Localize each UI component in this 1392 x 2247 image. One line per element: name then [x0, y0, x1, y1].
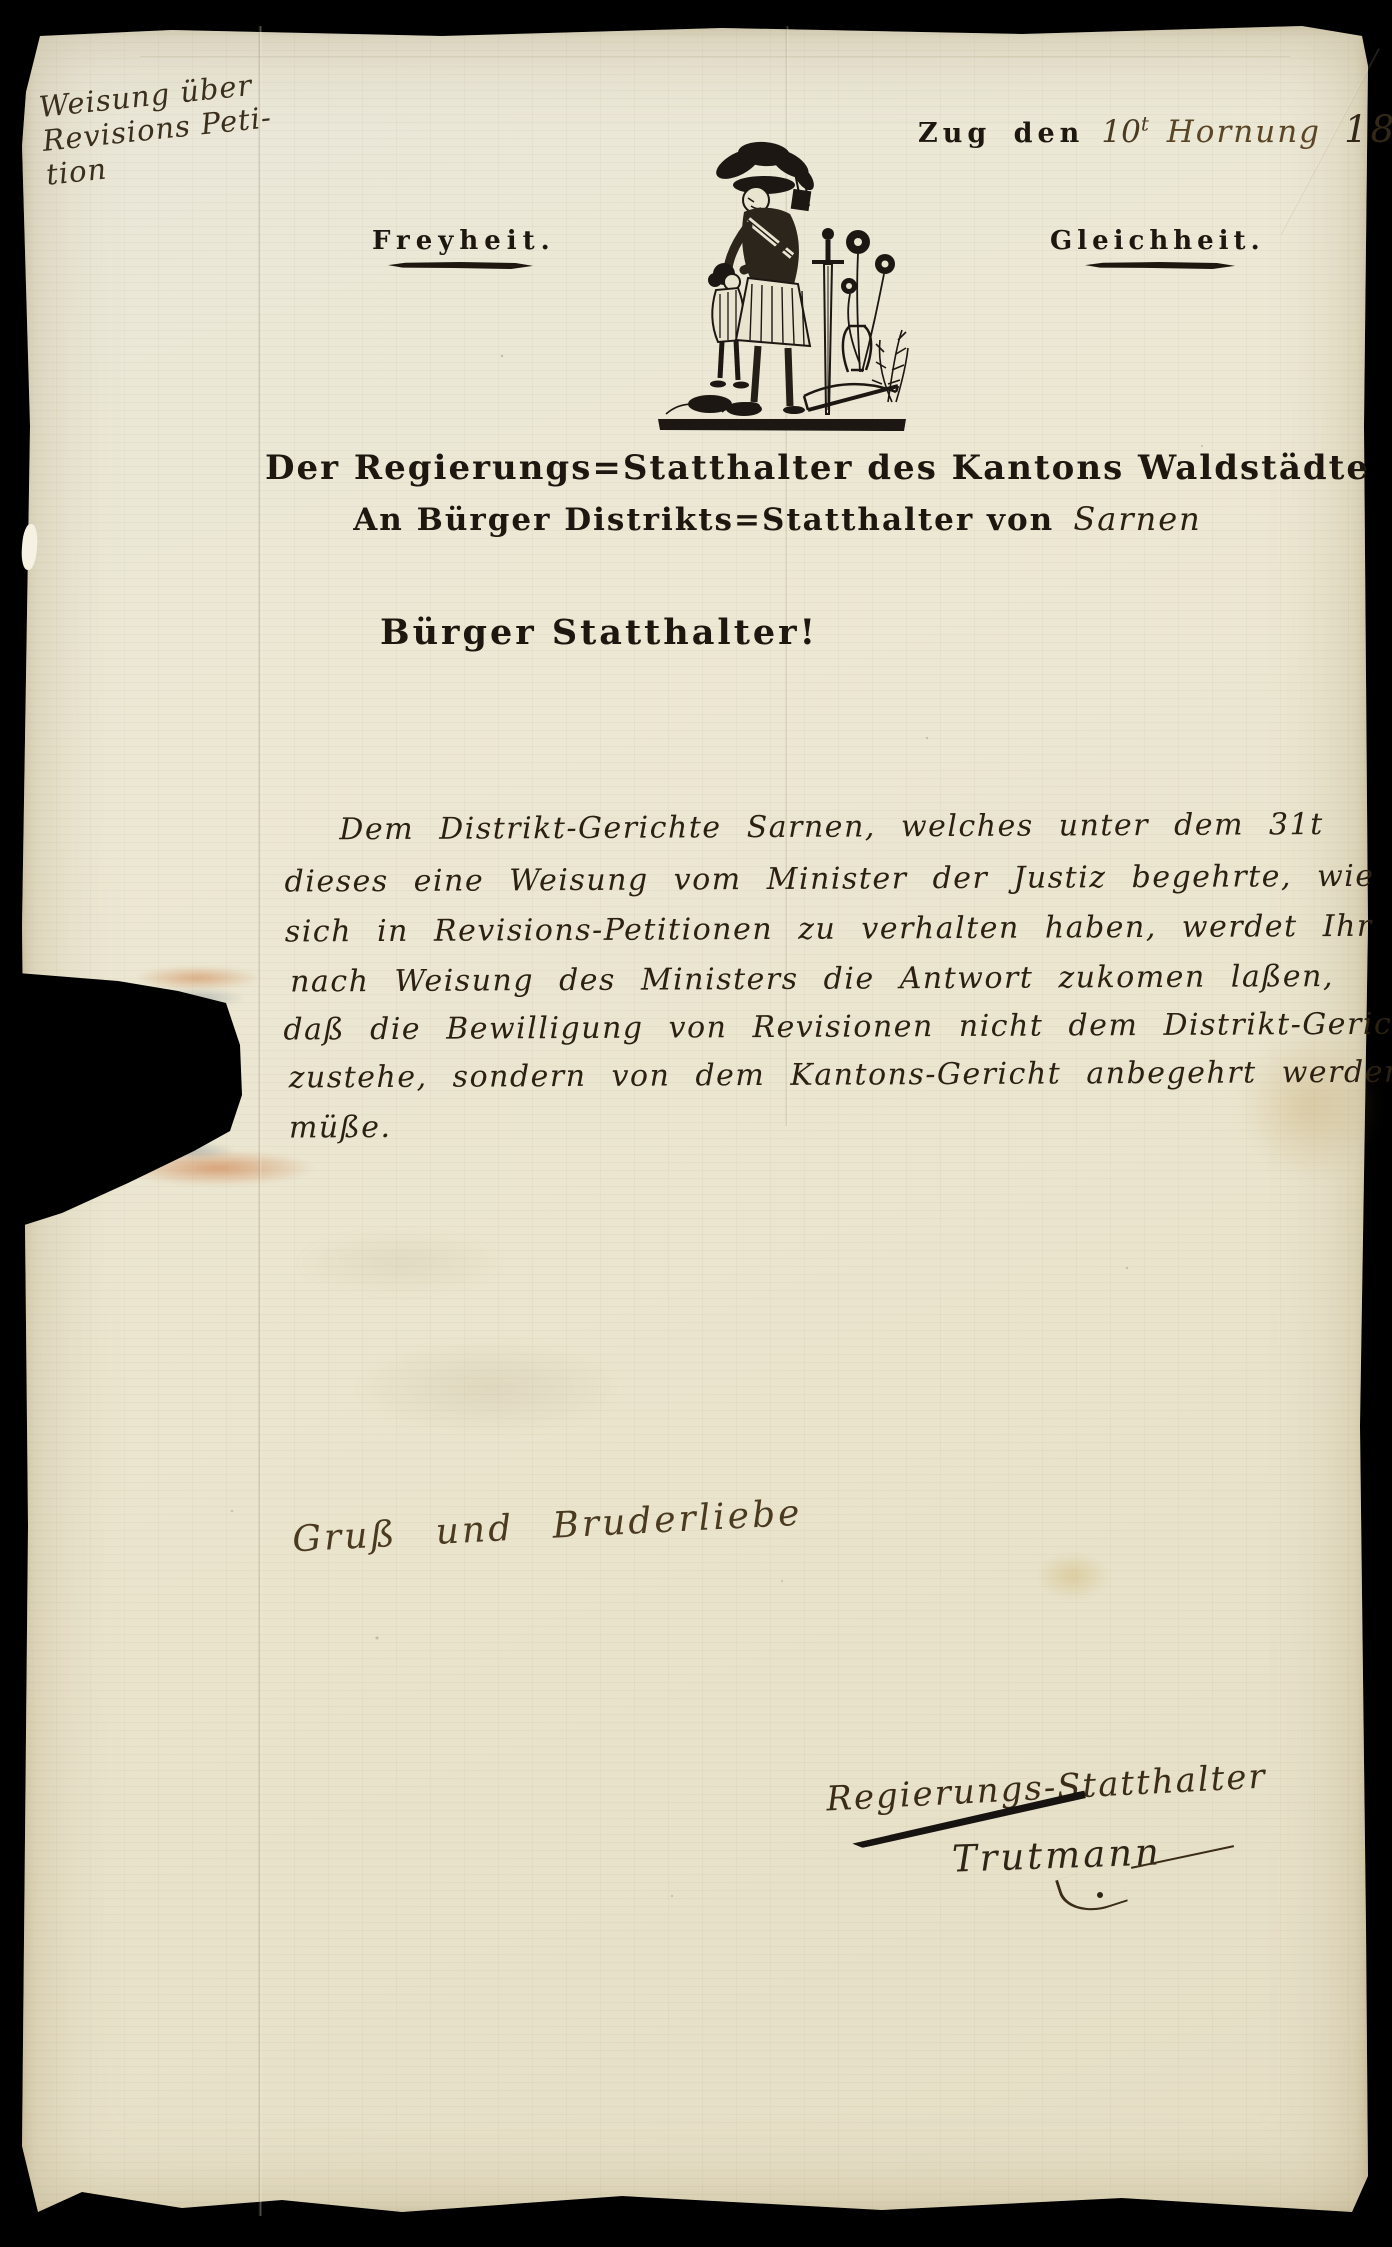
scan-background: { "letter": { "archival_note_lines": ["W… [0, 0, 1392, 2247]
bleedthrough-ghost [295, 1230, 505, 1295]
heading-line2-handwritten: Sarnen [1073, 500, 1201, 538]
bleedthrough-ghost [355, 1340, 625, 1435]
body-line: daß die Bewilligung von Revisionen nicht… [283, 1007, 1392, 1048]
signature-name: Trutmann [951, 1830, 1162, 1880]
signature-ink-dot [1097, 1892, 1103, 1898]
body-line: dieses eine Weisung vom Minister der Jus… [285, 858, 1392, 899]
tell-emblem-woodcut [652, 134, 912, 440]
body-line: müße. [289, 1110, 392, 1146]
dateline-day-handwritten: 10t [1101, 114, 1158, 150]
dateline-year-handwritten: 1800 [1344, 108, 1392, 151]
heading-line2: An Bürger Distrikts=Statthalter von Sarn… [265, 500, 1290, 538]
motto-gleichheit: Gleichheit. [1050, 226, 1265, 256]
heading-line1: Der Regierungs=Statthalter des Kantons W… [265, 448, 1290, 488]
paper-stain [1240, 1030, 1380, 1180]
fold-crease-vertical [258, 26, 262, 2216]
body-line: zustehe, sondern von dem Kantons-Gericht… [289, 1055, 1392, 1096]
emblem-ground-bar [658, 419, 906, 431]
emblem-crossbow [804, 384, 898, 410]
paper-stain [1035, 1552, 1110, 1600]
emblem-tell-skirt [736, 278, 810, 346]
dateline-place-printed: Zug den [918, 118, 1084, 149]
fold-crease-horizontal [140, 56, 1290, 59]
wax-stain [135, 966, 260, 990]
salutation: Bürger Statthalter! [380, 612, 818, 653]
dateline: Zug den 10t Hornung 1800 [918, 108, 1392, 151]
emblem-flowers [841, 230, 895, 372]
motto-freyheit: Freyheit. [372, 226, 556, 256]
body-line: sich in Revisions-Petitionen zu verhalte… [285, 909, 1373, 950]
body-line: nach Weisung des Ministers die Antwort z… [290, 959, 1334, 999]
tell-emblem-svg [652, 134, 912, 436]
body-line: Dem Distrikt-Gerichte Sarnen, welches un… [339, 807, 1324, 847]
heading-line2-printed: An Bürger Distrikts=Statthalter von [353, 502, 1054, 538]
dateline-month-handwritten: Hornung [1167, 114, 1321, 150]
dateline-day-suffix: t [1141, 112, 1149, 136]
